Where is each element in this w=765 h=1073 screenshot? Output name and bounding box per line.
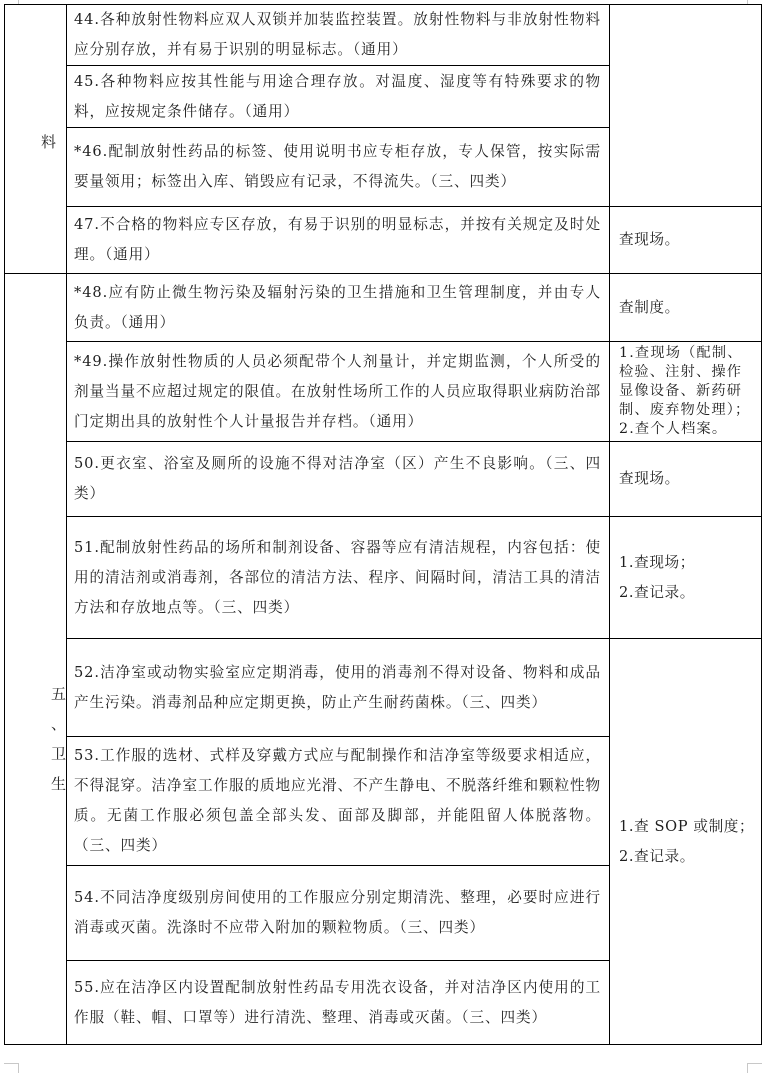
category-label: 料 [5, 127, 66, 152]
crop-mark-bottom-left [4, 1063, 19, 1073]
method-line: 1.查现场（配制、检验、注射、操作显像设备、新药研制、废弃物处理）； [619, 344, 755, 420]
category-cell-materials: 料 [5, 5, 67, 274]
method-cell-empty [610, 5, 762, 207]
item-45: 45.各种物料应按其性能与用途合理存放。对温度、湿度等有特殊要求的物料，应按规定… [67, 66, 610, 128]
category-char: 卫 [5, 739, 66, 769]
item-44: 44.各种放射性物料应双人双锁并加装监控装置。放射性物料与非放射性物料应分别存放… [67, 5, 610, 66]
item-51: 51.配制放射性药品的场所和制剂设备、容器等应有清洁规程，内容包括：使用的清洁剂… [67, 517, 610, 639]
item-48: *48.应有防止微生物污染及辐射污染的卫生措施和卫生管理制度，并由专人负责。（通… [67, 274, 610, 342]
table-row: 52.洁净室或动物实验室应定期消毒，使用的消毒剂不得对设备、物料和成品产生污染。… [5, 639, 762, 737]
method-line: 查制度。 [619, 293, 755, 323]
category-char: 生 [5, 769, 66, 799]
method-49: 1.查现场（配制、检验、注射、操作显像设备、新药研制、废弃物处理）； 2.查个人… [610, 342, 762, 442]
item-55: 55.应在洁净区内设置配制放射性药品专用洗衣设备，并对洁净区内使用的工作服（鞋、… [67, 961, 610, 1045]
method-line: 2.查记录。 [619, 578, 755, 608]
inspection-standards-table: 料 44.各种放射性物料应双人双锁并加装监控装置。放射性物料与非放射性物料应分别… [4, 4, 762, 1045]
method-line: 查现场。 [619, 464, 755, 494]
table-row: 料 44.各种放射性物料应双人双锁并加装监控装置。放射性物料与非放射性物料应分别… [5, 5, 762, 66]
table-row: *49.操作放射性物质的人员必须配带个人剂量计，并定期监测，个人所受的剂量当量不… [5, 342, 762, 442]
category-char: 五 [5, 679, 66, 709]
table-row: 50.更衣室、浴室及厕所的设施不得对洁净室（区）产生不良影响。（三、四类） 查现… [5, 442, 762, 517]
item-50: 50.更衣室、浴室及厕所的设施不得对洁净室（区）产生不良影响。（三、四类） [67, 442, 610, 517]
item-49: *49.操作放射性物质的人员必须配带个人剂量计，并定期监测，个人所受的剂量当量不… [67, 342, 610, 442]
method-line: 1.查现场； [619, 548, 755, 578]
table-row: 五 、 卫 生 *48.应有防止微生物污染及辐射污染的卫生措施和卫生管理制度，并… [5, 274, 762, 342]
method-line: 2.查记录。 [619, 842, 755, 872]
method-47: 查现场。 [610, 207, 762, 274]
method-50: 查现场。 [610, 442, 762, 517]
table-row: 47.不合格的物料应专区存放，有易于识别的明显标志，并按有关规定及时处理。（通用… [5, 207, 762, 274]
item-54: 54.不同洁净度级别房间使用的工作服应分别定期清洗、整理，必要时应进行消毒或灭菌… [67, 866, 610, 961]
method-51: 1.查现场； 2.查记录。 [610, 517, 762, 639]
method-52-55: 1.查 SOP 或制度； 2.查记录。 [610, 639, 762, 1045]
table-row: 51.配制放射性药品的场所和制剂设备、容器等应有清洁规程，内容包括：使用的清洁剂… [5, 517, 762, 639]
item-47: 47.不合格的物料应专区存放，有易于识别的明显标志，并按有关规定及时处理。（通用… [67, 207, 610, 274]
method-line: 2.查个人档案。 [619, 420, 755, 439]
method-line: 查现场。 [619, 225, 755, 255]
crop-mark-bottom-right [747, 1063, 762, 1073]
method-48: 查制度。 [610, 274, 762, 342]
category-cell-hygiene: 五 、 卫 生 [5, 274, 67, 1045]
item-53: 53.工作服的选材、式样及穿戴方式应与配制操作和洁净室等级要求相适应，不得混穿。… [67, 737, 610, 866]
item-46: *46.配制放射性药品的标签、使用说明书应专柜存放，专人保管，按实际需要量领用；… [67, 128, 610, 207]
item-52: 52.洁净室或动物实验室应定期消毒，使用的消毒剂不得对设备、物料和成品产生污染。… [67, 639, 610, 737]
method-line: 1.查 SOP 或制度； [619, 812, 755, 842]
category-char: 、 [5, 709, 66, 739]
